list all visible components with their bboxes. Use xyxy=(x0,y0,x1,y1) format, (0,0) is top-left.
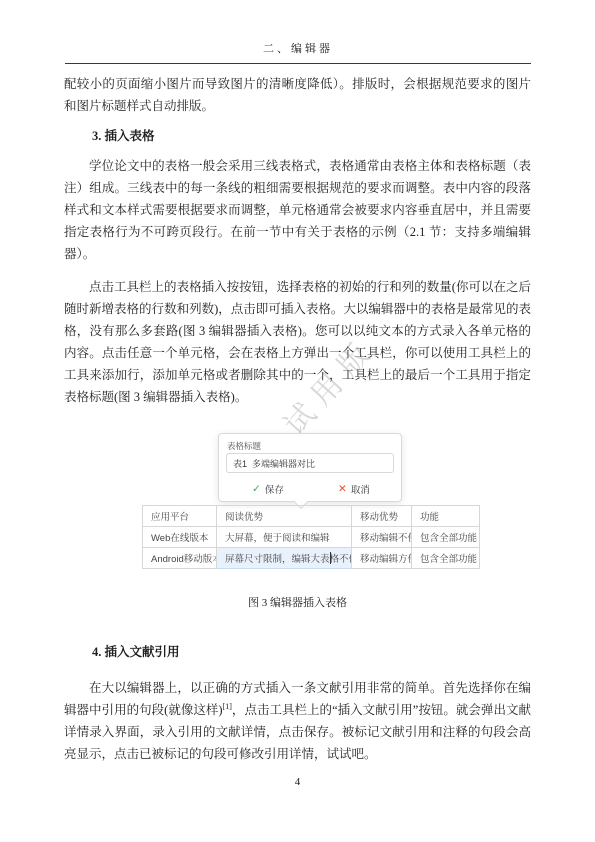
paragraph-3: 点击工具栏上的表格插入按按钮，选择表格的初始的行和列的数量(你可以在之后随时新增… xyxy=(64,276,531,408)
paragraph-4: 在大以编辑器上，以正确的方式插入一条文献引用非常的简单。首先选择你在编辑器中引用… xyxy=(64,677,531,765)
paragraph-1: 配较小的页面缩小图片而导致图片的清晰度降低）。排版时，会根据规范要求的图片和图片… xyxy=(64,73,531,117)
section-heading-4: 4. 插入文献引用 xyxy=(92,641,180,663)
table-header-row: 应用平台 阅读优势 移动优势 功能 xyxy=(143,506,480,527)
selected-cell-text: 屏幕尺寸限制，编辑大表格不便 xyxy=(225,554,352,565)
document-page: 二、编辑器 配较小的页面缩小图片而导致图片的清晰度降低）。排版时，会根据规范要求… xyxy=(0,0,595,842)
column-header: 功能 xyxy=(412,506,480,527)
text-caret xyxy=(330,552,331,564)
section-heading-3: 3. 插入表格 xyxy=(92,125,155,147)
page-number: 4 xyxy=(0,776,595,788)
column-header: 阅读优势 xyxy=(217,506,352,527)
check-icon: ✓ xyxy=(252,484,261,495)
table-cell: 包含全部功能 xyxy=(412,548,480,569)
popup-actions: ✓ 保存 ✕ 取消 xyxy=(219,480,401,498)
table-cell: 移动编辑不便 xyxy=(352,527,412,548)
table-row: Android移动版本 屏幕尺寸限制，编辑大表格不便 移动编辑方便 包含全部功能 xyxy=(143,548,480,569)
table-cell: 包含全部功能 xyxy=(412,527,480,548)
citation-marker: [1] xyxy=(223,702,232,711)
table-row: Web在线版本 大屏幕，便于阅读和编辑 移动编辑不便 包含全部功能 xyxy=(143,527,480,548)
save-button: ✓ 保存 xyxy=(252,480,284,498)
selected-table-cell: 屏幕尺寸限制，编辑大表格不便 xyxy=(217,548,352,569)
cancel-button: ✕ 取消 xyxy=(338,480,370,498)
comparison-table: 应用平台 阅读优势 移动优势 功能 Web在线版本 大屏幕，便于阅读和编辑 移动… xyxy=(142,505,480,569)
table-cell: Android移动版本 xyxy=(143,548,217,569)
close-icon: ✕ xyxy=(338,484,347,495)
table-cell: 移动编辑方便 xyxy=(352,548,412,569)
running-header: 二、编辑器 xyxy=(65,40,531,64)
paragraph-2: 学位论文中的表格一般会采用三线表格式，表格通常由表格主体和表格标题（表注）组成。… xyxy=(64,155,531,265)
table-title-popup: 表格标题 ✓ 保存 ✕ 取消 xyxy=(218,433,402,502)
cancel-button-label: 取消 xyxy=(351,482,370,496)
save-button-label: 保存 xyxy=(265,482,284,496)
figure-caption: 图 3 编辑器插入表格 xyxy=(0,592,595,614)
column-header: 移动优势 xyxy=(352,506,412,527)
column-header: 应用平台 xyxy=(143,506,217,527)
table-cell: 大屏幕，便于阅读和编辑 xyxy=(217,527,352,548)
table-title-label: 表格标题 xyxy=(227,440,261,452)
table-title-input xyxy=(226,453,394,473)
table-cell: Web在线版本 xyxy=(143,527,217,548)
